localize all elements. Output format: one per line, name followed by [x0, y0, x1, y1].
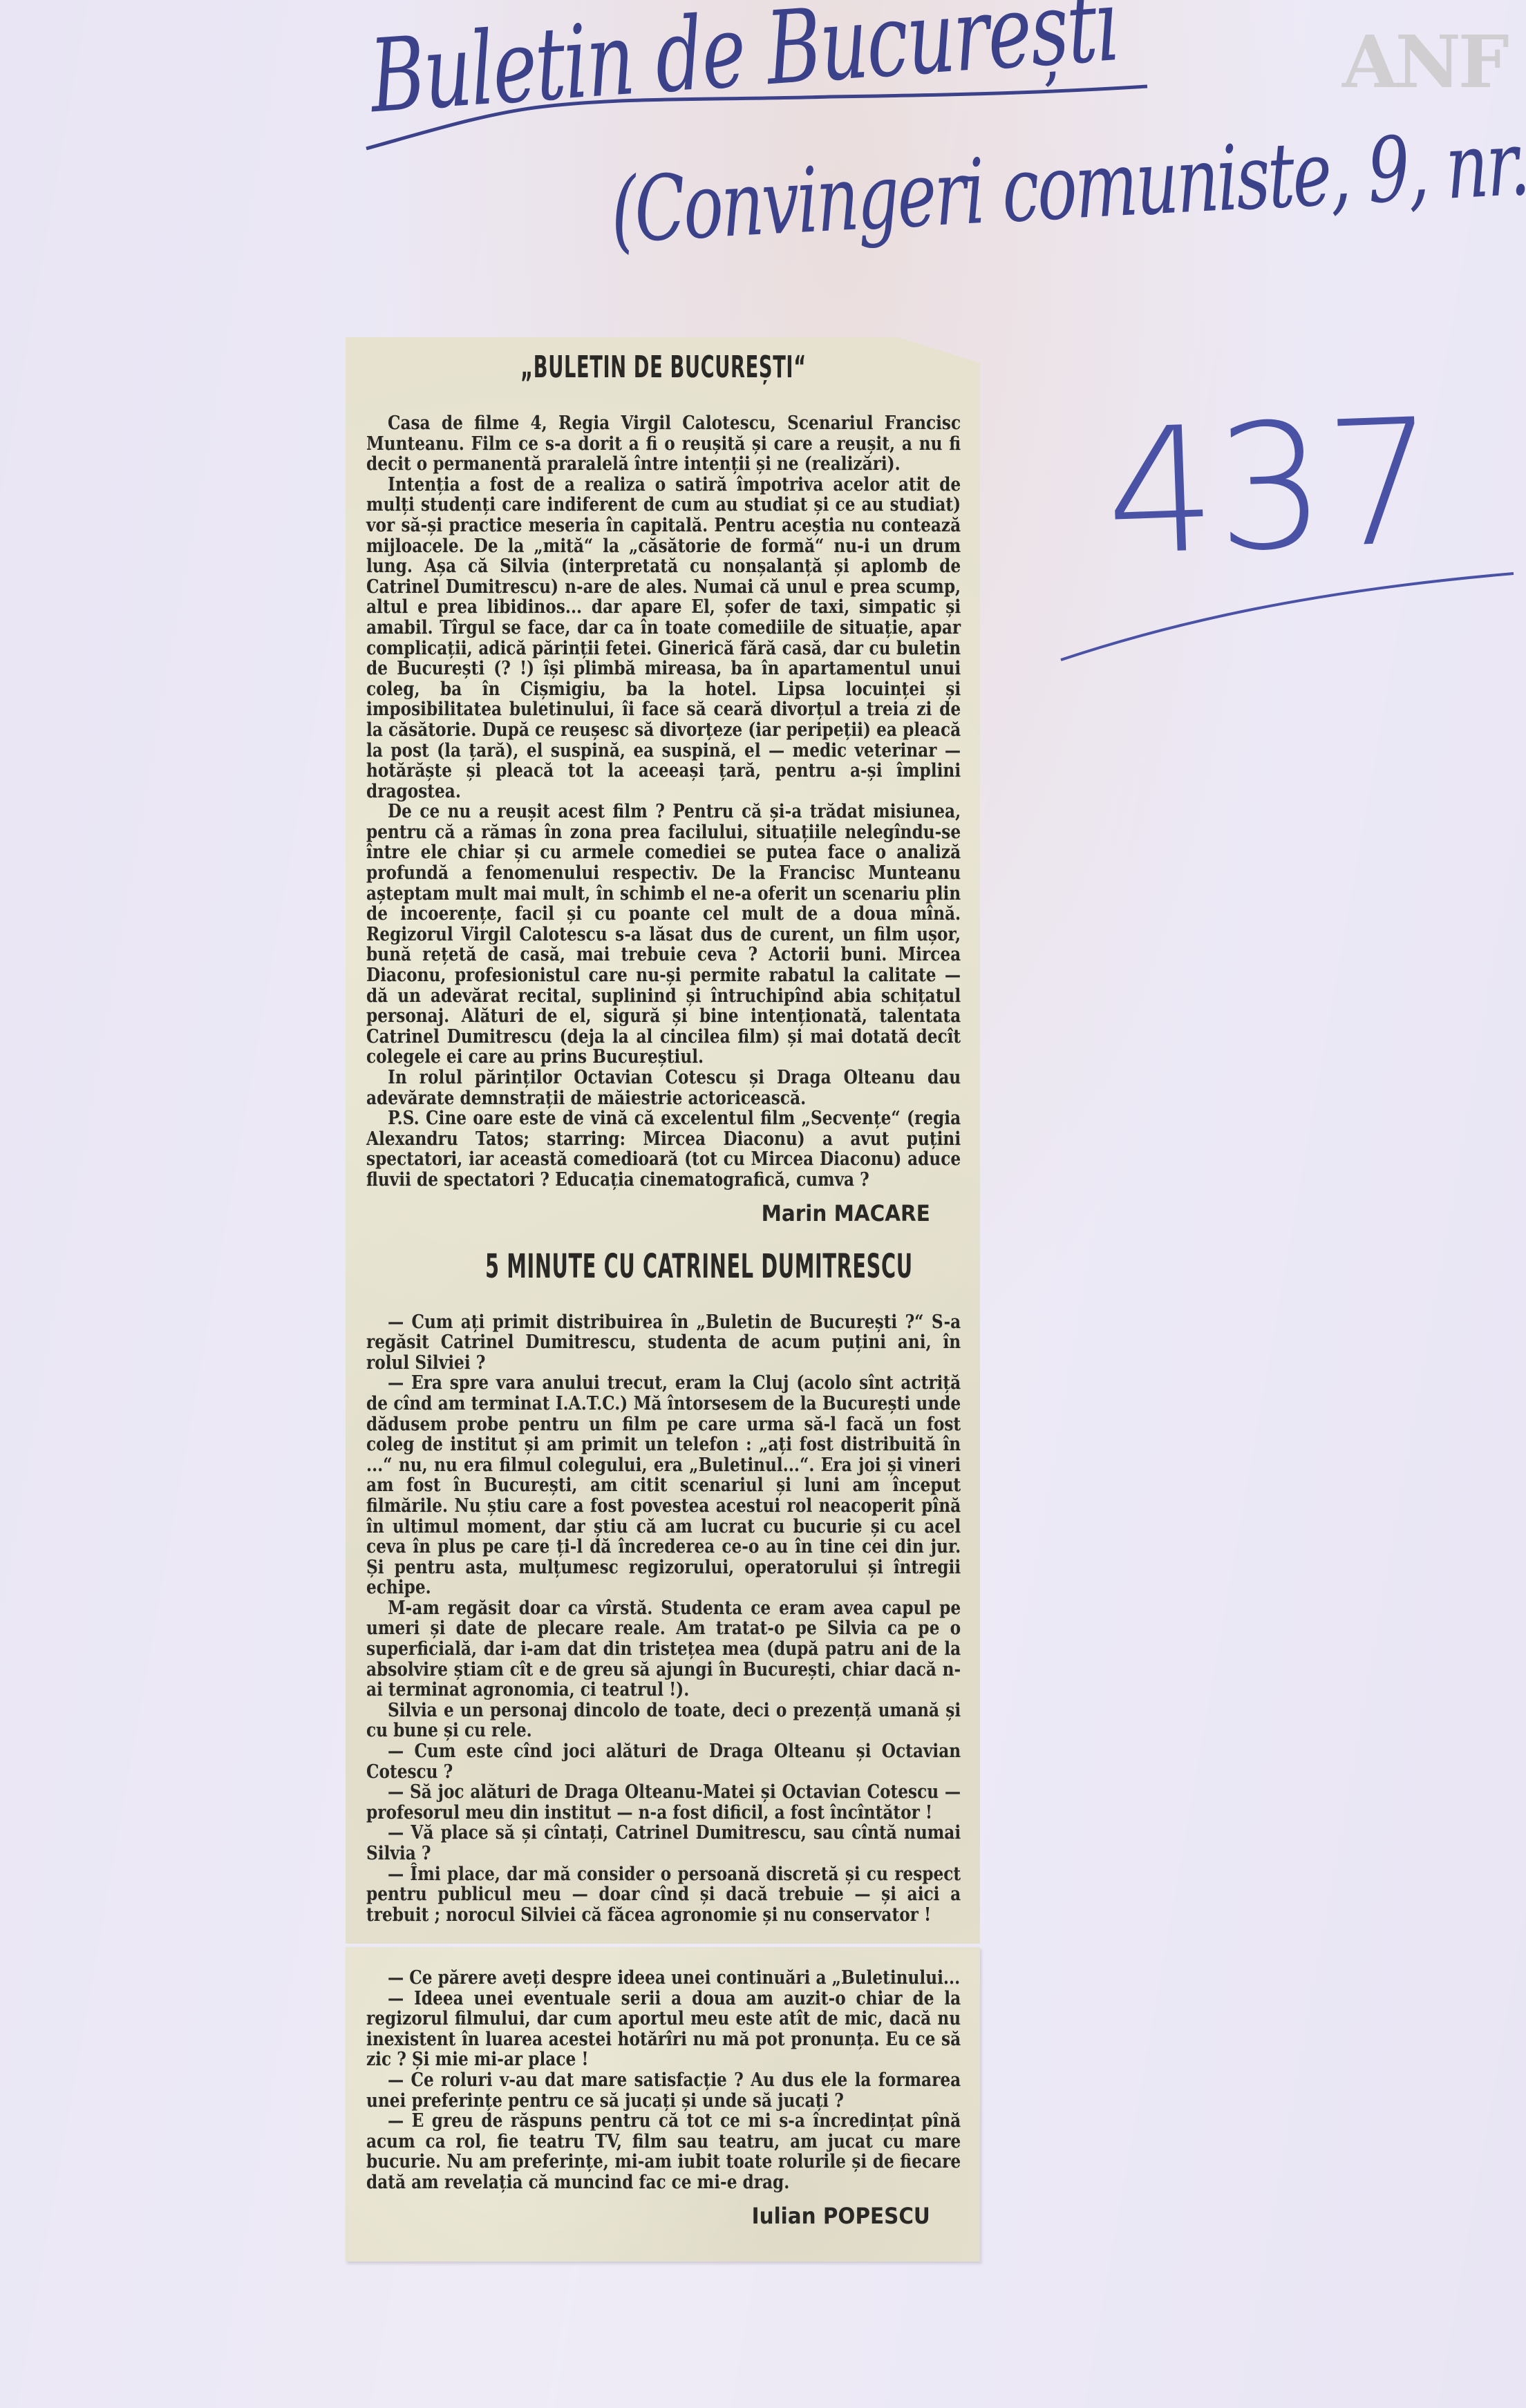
interview-paragraph: — Îmi place, dar mă consider o persoană … [366, 1864, 961, 1926]
interview-paragraph: — Cum este cînd joci alături de Draga Ol… [366, 1741, 961, 1782]
review-paragraph: Intenția a fost de a realiza o satiră îm… [366, 475, 961, 802]
interview-paragraph: — Era spre vara anului trecut, eram la C… [366, 1373, 961, 1598]
interview-paragraph: — Vă place să și cîntați, Catrinel Dumit… [366, 1823, 961, 1864]
handwritten-title: Buletin de București [366, 0, 1122, 135]
review-byline: Marin MACARE [414, 1200, 961, 1226]
archive-watermark: ANF [1342, 19, 1507, 104]
interview-byline: Iulian POPESCU [414, 2203, 961, 2229]
article-headline: „BULETIN DE BUCUREȘTI“ [479, 337, 847, 398]
interview-headline: 5 MINUTE CU CATRINEL DUMITRESCU [485, 1247, 842, 1293]
interview-paragraph: — Cum ați primit distribuirea în „Buleti… [366, 1312, 961, 1374]
review-paragraph: Casa de filme 4, Regia Virgil Calotescu,… [366, 413, 961, 475]
interview-paragraph: Silvia e un personaj dincolo de toate, d… [366, 1700, 961, 1741]
interview-paragraph: — Ce roluri v-au dat mare satisfacție ? … [366, 2070, 961, 2111]
interview-body-part2: — Ce părere aveți despre ideea unei cont… [366, 1947, 961, 2193]
interview-paragraph: — E greu de răspuns pentru că tot ce mi … [366, 2111, 961, 2192]
review-paragraph: De ce nu a reușit acest film ? Pentru că… [366, 802, 961, 1068]
interview-paragraph: M-am regăsit doar ca vîrstă. Studenta ce… [366, 1598, 961, 1700]
handwritten-catalog-number: 437 [1102, 381, 1439, 594]
newspaper-clipping-bottom: — Ce părere aveți despre ideea unei cont… [346, 1947, 980, 2262]
interview-paragraph: — Ideea unei eventuale serii a doua am a… [366, 1989, 961, 2070]
interview-body-part1: — Cum ați primit distribuirea în „Buleti… [366, 1312, 961, 1926]
review-paragraph: In rolul părinților Octavian Cotescu și … [366, 1068, 961, 1108]
newspaper-clipping-top: „BULETIN DE BUCUREȘTI“ Casa de filme 4, … [346, 337, 980, 1944]
interview-paragraph: — Să joc alături de Draga Olteanu-Matei … [366, 1782, 961, 1823]
review-body: Casa de filme 4, Regia Virgil Calotescu,… [366, 413, 961, 1191]
interview-paragraph: — Ce părere aveți despre ideea unei cont… [366, 1968, 961, 1989]
review-paragraph: P.S. Cine oare este de vină că excelentu… [366, 1108, 961, 1190]
handwritten-source-note: (Convingeri comuniste, 9, nr. 3, 1983) [608, 96, 1526, 263]
